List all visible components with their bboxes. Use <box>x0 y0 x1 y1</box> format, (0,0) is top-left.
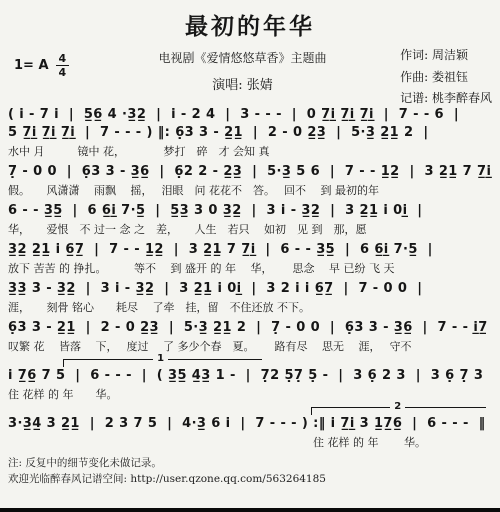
lyric-line: 华， 爱恨 不 过一 念 之 差， 人生 若只 如初 见 到 那，愿 <box>8 221 492 237</box>
system-9: 2 3̇·3̲4̲ 3̇ 2̲1̲ | 2̇ 3̇ 7 5 | 4·3̲ 6 i… <box>8 407 492 450</box>
key-signature: 1= A 4 4 <box>14 53 69 78</box>
singer: 演唱: 张婧 <box>123 74 362 93</box>
system-1: ( i - 7 i | 5̲6̲ 4̇ ·3̲2̲ | i - 2̇ 4̇ | … <box>8 107 492 122</box>
first-ending-bracket: 1 <box>63 359 262 367</box>
lyric-line: 叹繁 花 皆落 下， 度过 了 多少个春 夏。 路有尽 思无 涯， 守不 <box>8 338 492 354</box>
music-line: 7̣ - 0 0 | 6̣3 3 - 3̲6̲ | 6̣2 2 - 2̲3̲ |… <box>8 164 492 179</box>
header-meta: 1= A 4 4 电视剧《爱情悠悠草香》主题曲 演唱: 张婧 作词: 周洁颖 作… <box>8 43 492 107</box>
music-line: 3̲3̲ 3 - 3̲2̲ | 3̇ i - 3̲2̲ | 3̇ 2̲1̲ i … <box>8 281 492 296</box>
song-title: 最初的年华 <box>8 8 492 41</box>
music-line: 6 - - 3̲5̲ | 6 6̲i̲ 7·5̲ | 5̲3̲ 3 0 3̲2̲… <box>8 203 492 218</box>
credits: 作词: 周洁颖 作曲: 娄祖钰 记谱: 桃李醉春风 <box>400 45 492 110</box>
key-label: 1= A <box>14 58 49 73</box>
music-line: 3̲2̲ 2̲1̲ i 6̲7̲ | 7 - - 1̲2̲ | 3̇ 2̲1̲ … <box>8 242 492 257</box>
music-line: 5 7̲i̲ 7̲i̲ 7̲i̲ | 7 - - - ) ‖: 6̣3 3 - … <box>8 125 492 140</box>
lyric-line: 涯， 刻骨 铭心 耗尽 了牵 挂，留 不住还放 不下。 <box>8 299 492 315</box>
sheet-music-page: 最初的年华 1= A 4 4 电视剧《爱情悠悠草香》主题曲 演唱: 张婧 作词:… <box>0 0 500 512</box>
subtitle: 电视剧《爱情悠悠草香》主题曲 <box>123 49 362 66</box>
second-ending-number: 2 <box>390 401 405 413</box>
time-signature: 4 4 <box>56 53 70 78</box>
system-5: 3̲2̲ 2̲1̲ i 6̲7̲ | 7 - - 1̲2̲ | 3̇ 2̲1̲ … <box>8 242 492 276</box>
system-6: 3̲3̲ 3 - 3̲2̲ | 3̇ i - 3̲2̲ | 3̇ 2̲1̲ i … <box>8 281 492 315</box>
music-line: 3̇·3̲4̲ 3̇ 2̲1̲ | 2̇ 3̇ 7 5 | 4·3̲ 6 i |… <box>8 416 492 431</box>
second-ending-bracket: 2 <box>311 407 486 415</box>
composer: 作曲: 娄祖钰 <box>400 67 492 89</box>
system-2: 5 7̲i̲ 7̲i̲ 7̲i̲ | 7 - - - ) ‖: 6̣3 3 - … <box>8 125 492 159</box>
music-line: ( i - 7 i | 5̲6̲ 4̇ ·3̲2̲ | i - 2̇ 4̇ | … <box>8 107 492 122</box>
system-7: 6̣3 3 - 2̲1̲ | 2 - 0 2̲3̲ | 5·3̲ 2̲1̲ 2 … <box>8 320 492 354</box>
lyric-line: 住 花样 的 年 华。 <box>8 434 492 450</box>
system-8: 1 i 7̲6̲ 7 5 | 6 - - - | ( 3̲5̲ 4̲3̲ 1 -… <box>8 359 492 402</box>
lyric-line: 放下 苦苦 的 挣扎。 等不 到 盛开 的 年 华， 思念 早 已纷 飞 天 <box>8 260 492 276</box>
time-signature-denominator: 4 <box>59 66 67 78</box>
lyric-line: 住 花样 的 年 华。 <box>8 386 492 402</box>
score: ( i - 7 i | 5̲6̲ 4̇ ·3̲2̲ | i - 2̇ 4̇ | … <box>8 107 492 450</box>
lyric-line: 假。 风潇潇 雨飘 摇， 泪眼 问 花花不 答。 回不 到 最初的年 <box>8 182 492 198</box>
system-4: 6 - - 3̲5̲ | 6 6̲i̲ 7·5̲ | 5̲3̲ 3 0 3̲2̲… <box>8 203 492 237</box>
first-ending-number: 1 <box>153 353 168 365</box>
transcription-note: 注: 反复中的细节变化未做记录。 <box>8 455 492 471</box>
lyricist: 作词: 周洁颖 <box>400 45 492 67</box>
lyric-line: 水中 月 镜中 花， 梦打 碎 才 会知 真 <box>8 143 492 159</box>
system-3: 7̣ - 0 0 | 6̣3 3 - 3̲6̲ | 6̣2 2 - 2̲3̲ |… <box>8 164 492 198</box>
footer: 注: 反复中的细节变化未做记录。 欢迎光临醉春风记谱空间: http://use… <box>8 455 492 488</box>
music-line: 6̣3 3 - 2̲1̲ | 2 - 0 2̲3̲ | 5·3̲ 2̲1̲ 2 … <box>8 320 492 335</box>
music-line: i 7̲6̲ 7 5 | 6 - - - | ( 3̲5̲ 4̲3̲ 1 - |… <box>8 368 492 383</box>
time-signature-numerator: 4 <box>56 53 70 66</box>
center-meta: 电视剧《爱情悠悠草香》主题曲 演唱: 张婧 <box>123 49 362 93</box>
transcriber-site: 欢迎光临醉春风记谱空间: http://user.qzone.qq.com/56… <box>8 471 492 487</box>
